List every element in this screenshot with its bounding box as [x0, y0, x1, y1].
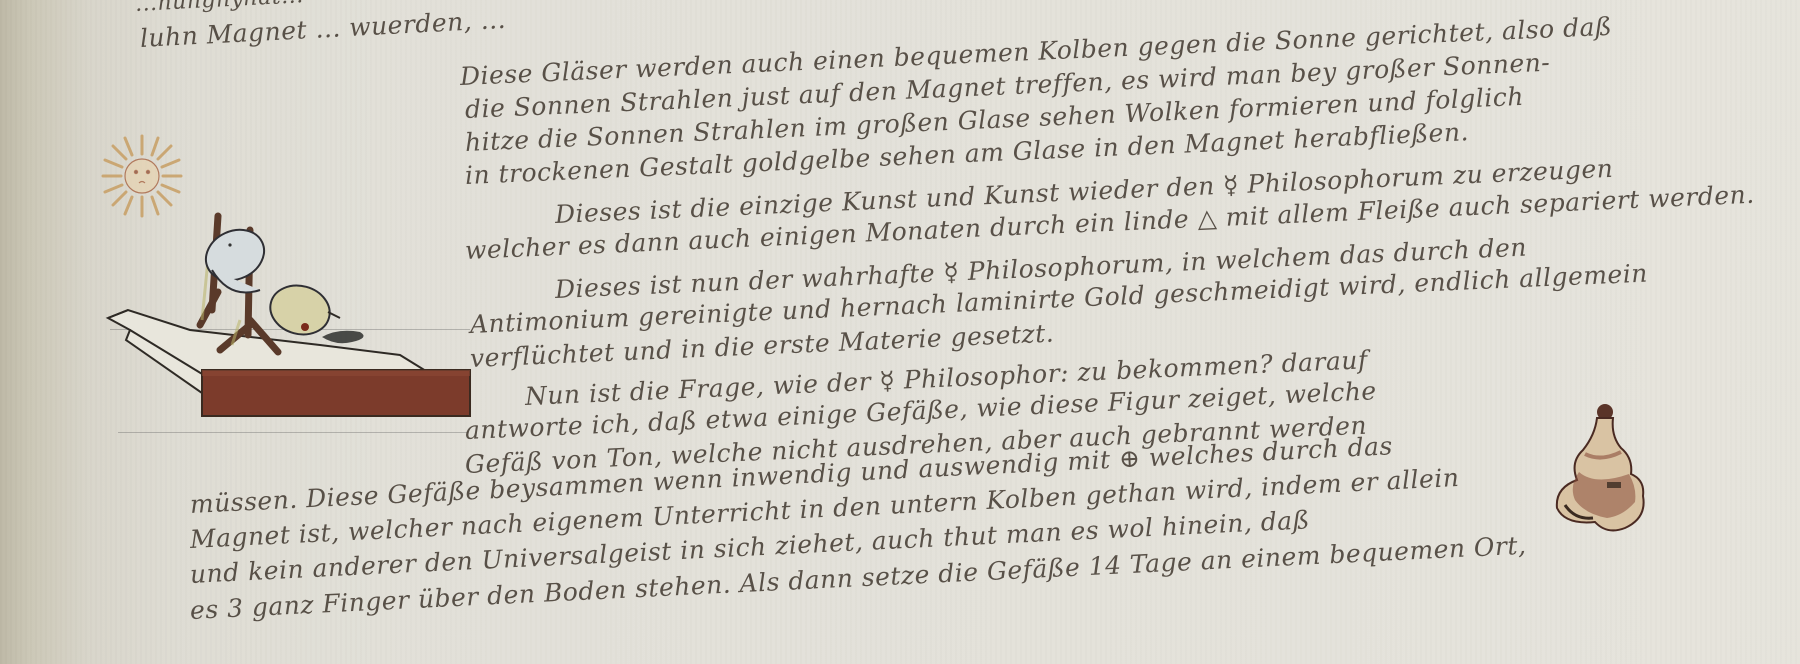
text-line: ...nungnyhat...	[134, 0, 304, 17]
alchemical-apparatus-illustration	[100, 200, 480, 440]
gourd-vessel-illustration	[1545, 400, 1665, 540]
manuscript-page: ...nungnyhat... luhn Magnet ... wuerden,…	[0, 0, 1800, 664]
